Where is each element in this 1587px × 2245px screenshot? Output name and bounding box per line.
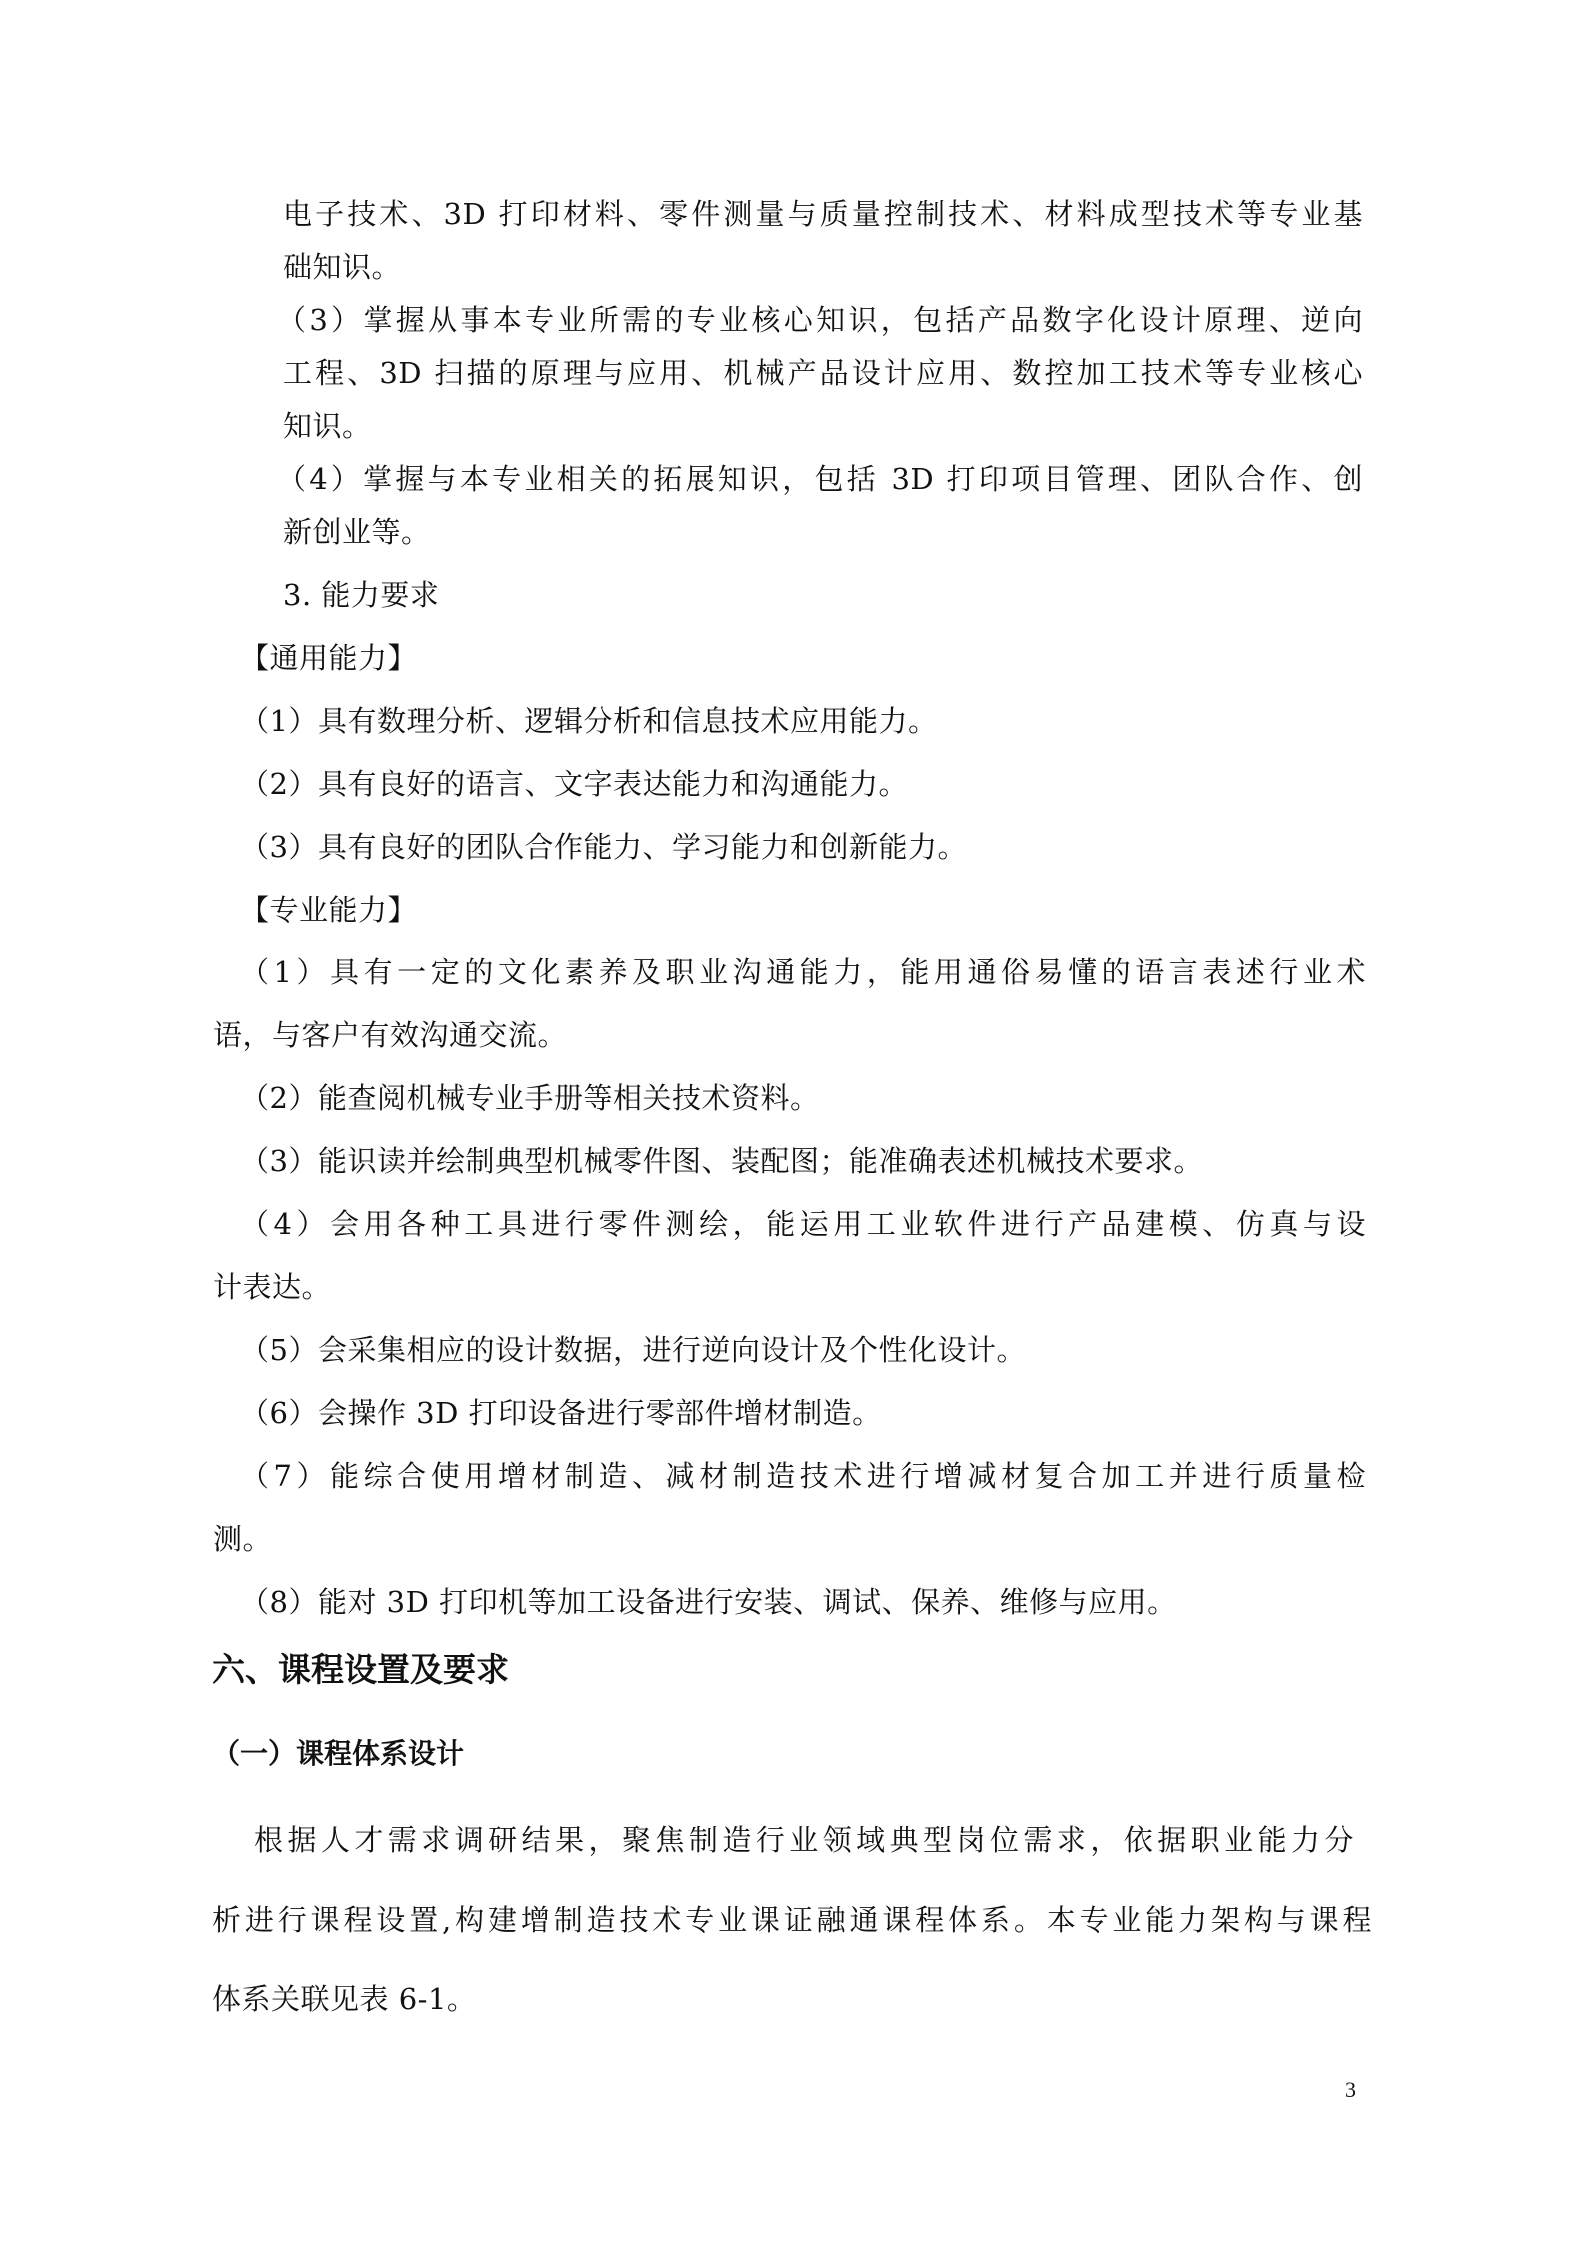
knowledge-item-4-line-2: 新创业等。 (283, 514, 431, 550)
document-page: 电子技术、3D 打印材料、零件测量与质量控制技术、材料成型技术等专业基 础知识。… (0, 0, 1587, 2245)
professional-ability-item-2: （2）能查阅机械专业手册等相关技术资料。 (240, 1080, 819, 1116)
professional-ability-item-1-line-2: 语，与客户有效沟通交流。 (213, 1017, 567, 1053)
ability-heading: 3. 能力要求 (283, 577, 439, 613)
general-ability-item-1: （1）具有数理分析、逻辑分析和信息技术应用能力。 (240, 703, 937, 739)
course-system-paragraph-line-3: 体系关联见表 6-1。 (212, 1981, 476, 2017)
professional-ability-heading: 【专业能力】 (240, 892, 417, 928)
knowledge-item-3-line-1: （3）掌握从事本专业所需的专业核心知识，包括产品数字化设计原理、逆向 (277, 302, 1363, 338)
knowledge-item-4-line-1: （4）掌握与本专业相关的拓展知识，包括 3D 打印项目管理、团队合作、创 (277, 461, 1363, 497)
professional-ability-item-8: （8）能对 3D 打印机等加工设备进行安装、调试、保养、维修与应用。 (240, 1584, 1177, 1620)
knowledge-item-3-line-3: 知识。 (283, 408, 372, 444)
professional-ability-item-5: （5）会采集相应的设计数据，进行逆向设计及个性化设计。 (240, 1332, 1026, 1368)
knowledge-item-3-line-2: 工程、3D 扫描的原理与应用、机械产品设计应用、数控加工技术等专业核心 (283, 355, 1363, 391)
professional-ability-item-6: （6）会操作 3D 打印设备进行零部件增材制造。 (240, 1395, 882, 1431)
professional-ability-item-1-line-1: （1）具有一定的文化素养及职业沟通能力，能用通俗易懂的语言表述行业术 (240, 954, 1366, 990)
subsection-course-system-title: （一）课程体系设计 (212, 1736, 464, 1772)
course-system-paragraph-line-1: 根据人才需求调研结果，聚焦制造行业领域典型岗位需求，依据职业能力分 (254, 1822, 1354, 1858)
professional-ability-item-4-line-1: （4）会用各种工具进行零件测绘，能运用工业软件进行产品建模、仿真与设 (240, 1206, 1366, 1242)
professional-ability-item-3: （3）能识读并绘制典型机械零件图、装配图；能准确表述机械技术要求。 (240, 1143, 1203, 1179)
general-ability-heading: 【通用能力】 (240, 640, 417, 676)
professional-ability-item-7-line-2: 测。 (213, 1521, 272, 1557)
page-number: 3 (1345, 2076, 1356, 2104)
professional-ability-item-7-line-1: （7）能综合使用增材制造、减材制造技术进行增减材复合加工并进行质量检 (240, 1458, 1366, 1494)
general-ability-item-3: （3）具有良好的团队合作能力、学习能力和创新能力。 (240, 829, 967, 865)
section-six-title: 六、课程设置及要求 (212, 1650, 509, 1690)
course-system-paragraph-line-2: 析进行课程设置,构建增制造技术专业课证融通课程体系。本专业能力架构与课程 (212, 1902, 1372, 1938)
knowledge-continuation-line-2: 础知识。 (283, 249, 401, 285)
knowledge-continuation-line-1: 电子技术、3D 打印材料、零件测量与质量控制技术、材料成型技术等专业基 (283, 196, 1363, 232)
general-ability-item-2: （2）具有良好的语言、文字表达能力和沟通能力。 (240, 766, 908, 802)
professional-ability-item-4-line-2: 计表达。 (213, 1269, 331, 1305)
